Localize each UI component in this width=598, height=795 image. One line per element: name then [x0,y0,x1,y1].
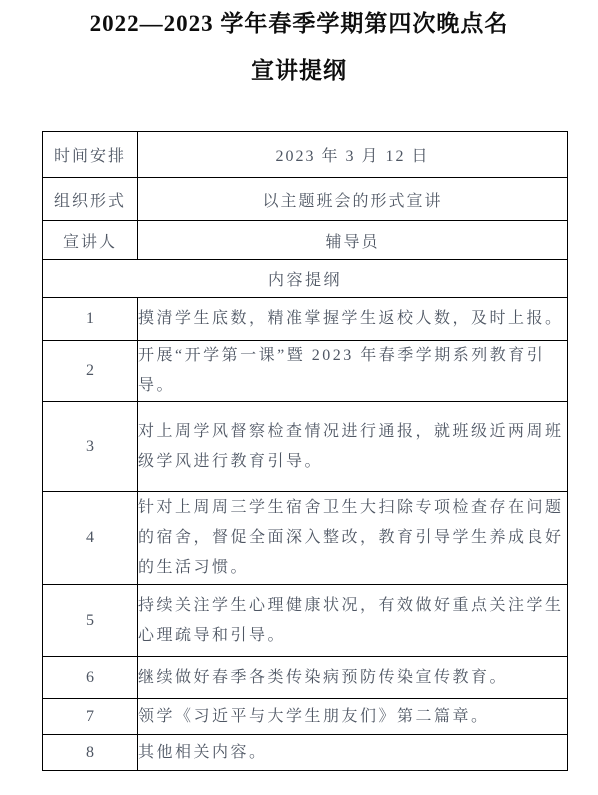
info-value-time: 2023 年 3 月 12 日 [138,132,568,178]
document-title-line2: 宣讲提纲 [0,57,598,85]
item-text: 领学《习近平与大学生朋友们》第二篇章。 [138,699,568,735]
section-header-row: 内容提纲 [43,260,568,298]
document-title: 2022—2023 学年春季学期第四次晚点名 宣讲提纲 [0,10,598,85]
content-row-5: 5 持续关注学生心理健康状况，有效做好重点关注学生心理疏导和引导。 [43,585,568,657]
content-row-2: 2 开展“开学第一课”暨 2023 年春季学期系列教育引导。 [43,341,568,402]
info-label-time: 时间安排 [43,132,138,178]
content-row-7: 7 领学《习近平与大学生朋友们》第二篇章。 [43,699,568,735]
item-number: 1 [43,298,138,341]
content-row-3: 3 对上周学风督察检查情况进行通报，就班级近两周班级学风进行教育引导。 [43,402,568,492]
item-text: 对上周学风督察检查情况进行通报，就班级近两周班级学风进行教育引导。 [138,402,568,492]
item-text: 继续做好春季各类传染病预防传染宣传教育。 [138,657,568,699]
info-row-format: 组织形式 以主题班会的形式宣讲 [43,178,568,221]
info-row-speaker: 宣讲人 辅导员 [43,221,568,260]
content-row-4: 4 针对上周周三学生宿舍卫生大扫除专项检查存在问题的宿舍，督促全面深入整改，教育… [43,492,568,585]
item-number: 7 [43,699,138,735]
item-number: 2 [43,341,138,402]
content-row-8: 8 其他相关内容。 [43,735,568,771]
item-text: 针对上周周三学生宿舍卫生大扫除专项检查存在问题的宿舍，督促全面深入整改，教育引导… [138,492,568,585]
info-value-format: 以主题班会的形式宣讲 [138,178,568,221]
info-label-speaker: 宣讲人 [43,221,138,260]
item-number: 6 [43,657,138,699]
content-row-1: 1 摸清学生底数，精准掌握学生返校人数，及时上报。 [43,298,568,341]
item-text: 其他相关内容。 [138,735,568,771]
document-title-line1: 2022—2023 学年春季学期第四次晚点名 [0,10,598,38]
content-row-6: 6 继续做好春季各类传染病预防传染宣传教育。 [43,657,568,699]
item-number: 3 [43,402,138,492]
section-header: 内容提纲 [43,260,568,298]
info-label-format: 组织形式 [43,178,138,221]
info-row-time: 时间安排 2023 年 3 月 12 日 [43,132,568,178]
item-text: 摸清学生底数，精准掌握学生返校人数，及时上报。 [138,298,568,341]
item-number: 5 [43,585,138,657]
item-number: 8 [43,735,138,771]
item-text: 开展“开学第一课”暨 2023 年春季学期系列教育引导。 [138,341,568,402]
document-page: 2022—2023 学年春季学期第四次晚点名 宣讲提纲 时间安排 2023 年 … [0,0,598,795]
info-value-speaker: 辅导员 [138,221,568,260]
item-text: 持续关注学生心理健康状况，有效做好重点关注学生心理疏导和引导。 [138,585,568,657]
outline-table: 时间安排 2023 年 3 月 12 日 组织形式 以主题班会的形式宣讲 宣讲人… [42,131,568,771]
item-number: 4 [43,492,138,585]
